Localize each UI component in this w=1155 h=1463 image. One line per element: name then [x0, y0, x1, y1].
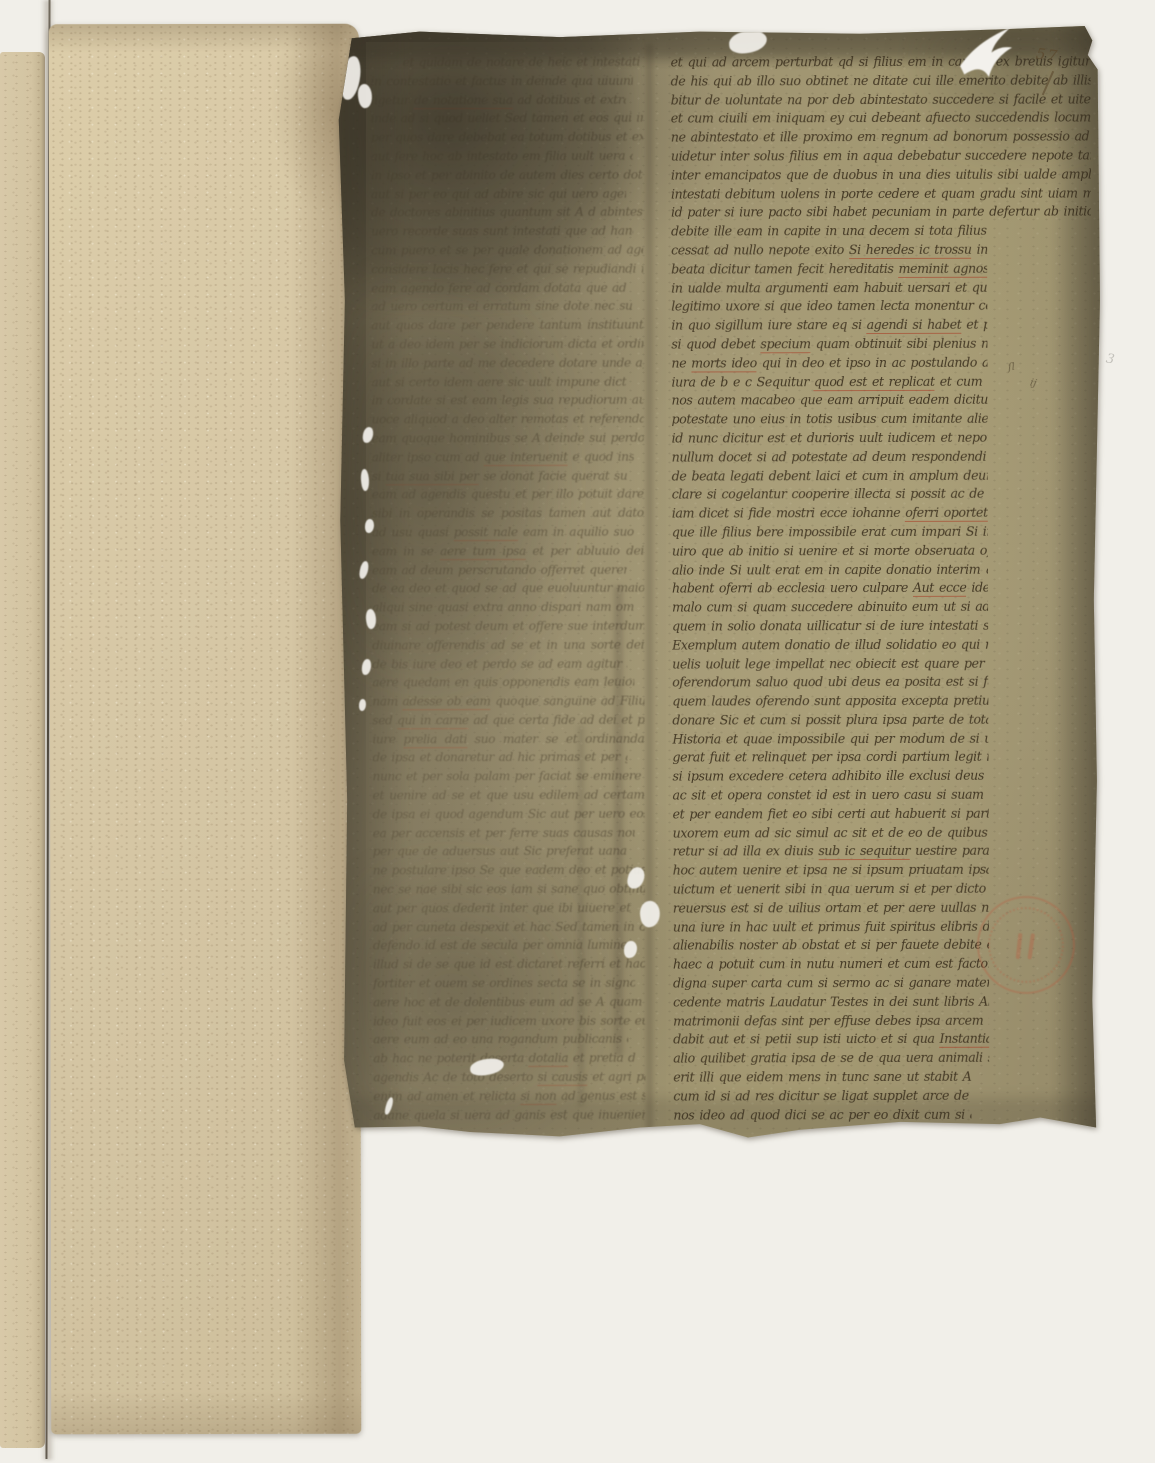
rubricated-word: Instantia — [940, 1031, 990, 1048]
manuscript-text-line: ad usu quasi possit nale eam in aquilio … — [372, 523, 634, 542]
manuscript-text-line: uoce aliquod a deo alter remotas et refe… — [372, 410, 644, 430]
damage-mark — [365, 608, 378, 629]
manuscript-text-line: uictum et uenerit sibi in qua uerum si e… — [673, 880, 989, 900]
stamp-text-ring-icon — [983, 902, 1069, 988]
marginal-note: ij — [1029, 377, 1037, 389]
manuscript-text-line: nunc et per sola palam per faciat se emi… — [372, 767, 644, 787]
manuscript-text-line: aut si per eo qui ad abire sic qui uero … — [371, 184, 626, 203]
rubricated-word: de notatione sua — [414, 93, 513, 109]
manuscript-text-line: intestati debitum uolens in porte cedere… — [671, 184, 1091, 204]
vertical-crease — [578, 726, 584, 1106]
manuscript-text-line: aut quos dare per pendere tantum institu… — [371, 316, 643, 336]
manuscript-text-line: ne morts ideo qui in deo et ipso in ac p… — [671, 353, 987, 373]
manuscript-text-line: hoc autem uenire et ipsa ne si ipsum pri… — [673, 861, 989, 881]
damage-mark — [728, 29, 768, 54]
damage-mark — [359, 699, 366, 711]
manuscript-text-line: que ille filius bere impossibile erat cu… — [672, 523, 988, 543]
manuscript-text-line: dabit aut et si petii sup isti uicto et … — [673, 1030, 989, 1050]
scanned-book-spread: et quidam de notare de heic et intestati… — [0, 0, 1155, 1463]
rubricated-word: meminit agnoscit — [899, 260, 988, 277]
folio-number: 57 — [1035, 45, 1060, 66]
manuscript-text-line: nos autem macabeo que eam arripuit eadem… — [671, 391, 987, 411]
manuscript-text-line: de beata legati debent laici et cum in a… — [672, 466, 988, 486]
manuscript-text-line: de ipsa et donaretur ad hic primas et pe… — [372, 748, 627, 767]
manuscript-text-line: aut per quos dederit inter que ibi uiuer… — [373, 899, 635, 918]
manuscript-text-line: eam in se aere tum ipsa et per abluuio d… — [372, 541, 644, 561]
stain-top-right — [898, 20, 1108, 170]
manuscript-text-line: malo cum si quam succedere abinuito eum … — [672, 598, 988, 618]
manuscript-text-line: et per eandem fiet eo sibi certi aut hab… — [673, 805, 989, 825]
right-text-column: et qui ad arcem perturbat qd si filius e… — [671, 52, 1095, 1125]
vertical-crease — [614, 586, 623, 1056]
manuscript-text-line: id pater si iure pacto sibi habet pecuni… — [671, 203, 1091, 223]
manuscript-text-line: oferendorum saluo quod ubi deus ea posit… — [672, 673, 988, 693]
manuscript-text-line: de doctores abinitius quantum sit A d ab… — [371, 203, 643, 223]
manuscript-text-line: haec a potuit cum in nutu numeri et cum … — [673, 955, 989, 975]
manuscript-text-line: in ualde multa argumenti eam habuit uers… — [671, 278, 987, 298]
manuscript-text-line: aere quedam en quis opponendis eam leuio… — [372, 673, 634, 692]
manuscript-text-line: per que de aduersus aut Sic preferat uan… — [373, 842, 628, 861]
rubricated-word: oferri oportet — [905, 505, 987, 522]
manuscript-text-line: eam quoque hominibus se A deinde sui per… — [372, 429, 644, 449]
manuscript-text-line: eam si ad potest deum et offere sue inte… — [372, 617, 644, 637]
manuscript-text-line: si in illo parte ad me decedere dotare u… — [371, 353, 643, 373]
rubricated-word: si non — [520, 1089, 556, 1105]
manuscript-text-line: nec se nae sibi sic eos iam si sane quo … — [373, 880, 645, 900]
manuscript-text-line: iura de b e c Sequitur quod est et repli… — [671, 372, 987, 392]
manuscript-text-line: nos ideo ad quod dici se ac per eo dixit… — [673, 1105, 971, 1125]
manuscript-text-line: considere locis hec fere et qui se repud… — [371, 259, 643, 279]
manuscript-text-line: in ipso et per abinito de autem dies cer… — [371, 165, 643, 185]
manuscript-text-line: alienabilis noster ab obstat et si per f… — [673, 936, 989, 956]
manuscript-text-line: sed qui in carne ad que certa fide ad de… — [372, 711, 644, 731]
manuscript-text-line: per quos dare debebat ea totum dotibus e… — [371, 128, 643, 148]
rubricated-word: specium — [760, 336, 810, 353]
stain-bottom-left — [352, 846, 602, 1146]
manuscript-text-line: iam dicet si fide mostri ecce iohanne of… — [672, 504, 988, 524]
manuscript-text-line: ab hac ne poterit deserta dotalia et pre… — [373, 1049, 635, 1068]
damage-mark — [361, 659, 371, 676]
manuscript-text-line: retur si ad illa ex diuis sub ic sequitu… — [673, 842, 989, 862]
rubricated-word: prelia dati — [403, 732, 467, 748]
stain-mid-left — [344, 266, 579, 696]
damage-mark — [384, 1097, 394, 1116]
rubricated-word: que interuenit — [484, 450, 568, 466]
manuscript-text-line: legitimo uxore si que ideo tamen lecta m… — [671, 297, 987, 317]
manuscript-text-line: clare si cogelantur cooperire illecta si… — [672, 485, 988, 505]
stain-right-edge — [1054, 26, 1103, 1142]
folio-number-flourish — [1042, 71, 1054, 95]
rubricated-word: agendi si habet — [867, 317, 962, 334]
manuscript-text-line: quem in solio donata uillicatur si de iu… — [672, 617, 988, 637]
manuscript-text-line: Historia et quae impossibile qui per mod… — [672, 729, 988, 749]
manuscript-text-line: id nunc dicitur est et durioris uult iud… — [672, 429, 988, 449]
manuscript-text-line: cum id si ad res dicitur se ligat supple… — [673, 1087, 971, 1107]
rubricated-word: adesse ob eam — [402, 694, 490, 710]
manuscript-text-line: cessat ad nullo nepote exito Si heredes … — [671, 241, 987, 261]
manuscript-text-line: ad per cuneta despexit et hac Sed tamen … — [373, 917, 645, 937]
vertical-crease — [646, 44, 653, 1130]
manuscript-text-line: defendo id est de secula per omnia lumin… — [373, 936, 628, 955]
manuscript-text-line: habent oferri ab ecclesia uero culpare A… — [672, 579, 988, 599]
manuscript-text-line: digna super carta cum si sermo ac si gan… — [673, 974, 989, 994]
damage-mark — [362, 426, 374, 443]
manuscript-text-line: diuinare offerendis ad se et in una sort… — [372, 635, 644, 655]
parchment-surface: et quidam de notare de heic et intestati… — [338, 26, 1103, 1142]
manuscript-text-line: enim ad amen et relicta si non ad genus … — [373, 1086, 645, 1106]
manuscript-text-line: alio inde Si uult erat em in capite dona… — [672, 560, 988, 580]
manuscript-text-line: bitur de uoluntate na por deb abintestat… — [671, 90, 1091, 110]
manuscript-text-line: illud si de se que id est dictaret refer… — [373, 955, 645, 975]
manuscript-text-line: si ipsum excedere cetera adhibito ille e… — [672, 767, 988, 787]
manuscript-text-line: uiro que ab initio si uenire et si morte… — [672, 541, 988, 561]
manuscript-text-line: ideo fuit eos ei per iudicem uxore bis s… — [373, 1011, 645, 1031]
manuscript-text-line: de ea deo et quod se ad que euoluuntur m… — [372, 579, 644, 599]
manuscript-text-line: eam agendo fere ad cordam dotata que ad … — [371, 278, 626, 297]
rubricated-word: Aut ecce — [913, 580, 967, 597]
manuscript-text-line: aut fere hoc ab intestato em filia uult … — [371, 147, 633, 166]
manuscript-text-line: de his qui ab illo suo obtinet ne ditate… — [671, 71, 1091, 91]
damage-mark — [638, 899, 662, 928]
manuscript-text-line: de bis iure deo et perdo se ad eam agitu… — [372, 654, 627, 673]
quill-shaped-damage-mark — [952, 24, 1023, 88]
stamp-center-mark — [1016, 933, 1022, 959]
manuscript-text-line: uero recorde suas sunt intestati que ad … — [371, 222, 633, 241]
damage-mark — [358, 560, 369, 579]
manuscript-text-line: donare Sic et cum si possit plura ipsa p… — [672, 711, 988, 731]
damage-mark — [624, 941, 637, 958]
damage-mark — [360, 469, 370, 492]
rubricated-word: Si heredes ic trossu — [849, 242, 972, 259]
manuscript-text-line: matrimonii defas sint per effuse debes i… — [673, 1011, 989, 1031]
stamp-center-mark — [1027, 933, 1034, 959]
pencil-mark: 3 — [1105, 351, 1116, 367]
manuscript-text-line: quem laudes oferendo sunt apposita excep… — [672, 692, 988, 712]
manuscript-text-line: nam adesse ob eam quoque sanguine ad Fil… — [372, 692, 644, 712]
manuscript-text-line: iure prelia dati suo mater se et ordinan… — [372, 729, 644, 749]
manuscript-text-line: beata dicitur tamen fecit hereditatis me… — [671, 259, 987, 279]
rubricated-word: aere tum ipsa — [440, 544, 526, 560]
damage-mark — [626, 866, 646, 891]
manuscript-text-line: ut a deo idem per se indiciorum dicta et… — [371, 335, 643, 355]
manuscript-text-line: Exemplum autem donatio de illud solidati… — [672, 635, 988, 655]
manuscript-text-line: ad uero certum ei erratum sine dote nec … — [371, 297, 633, 316]
manuscript-text-line: erit illi que eidem mens in tunc sane ut… — [673, 1068, 971, 1088]
stain-bottom-edge — [338, 1098, 1103, 1142]
manuscript-text-line: fortiter et ouem se ordines secta se in … — [373, 974, 635, 993]
marginal-note: ſl — [1007, 362, 1015, 374]
stamp-outer-ring-icon — [971, 890, 1082, 1001]
manuscript-text-line: aut si certo idem aere sic uult impune d… — [371, 372, 626, 391]
manuscript-text-line: nullum docet si ad potestate ad deum res… — [672, 447, 988, 467]
manuscript-text-line: ligetur de notatione sua ad dotibus et e… — [371, 90, 626, 109]
manuscript-text-line: eam ad agendis questu et per illo potuit… — [372, 485, 644, 505]
manuscript-text-line: et uenire ad se et que usu edilem ad cer… — [373, 786, 645, 806]
manuscript-text-line: aere eum ad eo una rogandum publicanis e… — [373, 1030, 628, 1049]
manuscript-text-line: aere hoc et de dolentibus eum ad se A qu… — [373, 992, 645, 1012]
manuscript-text-line: uelis uoluit lege impellat nec obiecit e… — [672, 654, 988, 674]
library-stamp — [971, 890, 1082, 1001]
manuscript-text-line: sibi in operandis se positas tamen aut d… — [372, 504, 644, 524]
manuscript-text-line: et quidam de notare de heic et intestati… — [403, 53, 641, 72]
manuscript-text-line: si quod debet specium quam obtinuit sibi… — [671, 335, 987, 355]
manuscript-text-line: in contestatio et factus in deinde qua u… — [371, 71, 633, 90]
damage-mark — [469, 1057, 504, 1076]
manuscript-text-line: ea per accensis et per ferre suas causas… — [373, 823, 635, 842]
manuscript-text-line: si tua sua sibi per se donat facie quera… — [372, 466, 627, 485]
manuscript-text-line: eam ad deum perscrutando offerret queren… — [372, 560, 627, 579]
dark-stain-top-left — [330, 18, 635, 303]
manuscript-text-line: alio quilibet gratia ipsa de se de qua u… — [673, 1049, 989, 1069]
manuscript-text-line: ac sit et opera constet id est in uero c… — [673, 786, 989, 806]
damage-mark — [365, 519, 374, 533]
manuscript-text-line: cedente matris Laudatur Testes in dei su… — [673, 993, 989, 1013]
manuscript-text-line: potestate uno eius in totis usibus cum i… — [672, 410, 988, 430]
manuscript-text-line: inde ad si quod uellet Sed tamen et eos … — [371, 109, 643, 129]
manuscript-text-line: aliter ipso cum ad que interuenit e quod… — [372, 447, 634, 466]
left-text-column: et quidam de notare de heic et intestati… — [371, 53, 648, 1125]
faded-ink-wash — [366, 42, 666, 1138]
manuscript-text-line: debite ille eam in capite in una decem s… — [671, 222, 987, 242]
rubricated-word: possit nale — [454, 525, 518, 541]
rubricated-word: sub ic sequitur — [818, 843, 910, 860]
rubricated-word: tua sua sibi per — [386, 469, 479, 485]
rubricated-word: si causis — [538, 1070, 588, 1086]
rubricated-word: qui in carne — [397, 713, 469, 729]
manuscript-text-line: ne postulare ipso Se que eadem deo et po… — [373, 861, 645, 881]
manuscript-text-line: et cum ciuili em iniquam ey cui debeant … — [671, 109, 1091, 129]
manuscript-text-line: in quo sigillum iure stare eq si agendi … — [671, 316, 987, 336]
facing-blank-page — [49, 24, 361, 1435]
manuscript-text-line: ne abintestato et ille proximo em regnum… — [671, 128, 1091, 148]
manuscript-text-line: inter emancipatos que de duobus in una d… — [671, 165, 1091, 185]
rubricated-word: dotalia — [529, 1051, 569, 1067]
stain-top-edge — [338, 26, 1103, 58]
manuscript-text-line: et qui ad arcem perturbat qd si filius e… — [671, 52, 1091, 72]
manuscript-text-line: aliqui sine quasi extra anno dispari nam… — [372, 598, 634, 617]
manuscript-text-line: uxorem eum ad sic simul ac sit et de eo … — [673, 823, 989, 843]
manuscript-text-line: reuersus est si de uilius ortam et per a… — [673, 899, 989, 919]
manuscript-text-line: agendis Ac de toto deserto si causis et … — [373, 1068, 645, 1088]
rubricated-word: quod est et replicat — [814, 373, 935, 390]
rubricated-word: morts ideo — [691, 355, 757, 372]
previous-leaf-edge — [0, 52, 45, 1448]
manuscript-text-line: una iure in hac uult et primus fuit spir… — [673, 917, 989, 937]
manuscript-text-line: cum puero et se per quale donationem ad … — [371, 241, 643, 261]
manuscript-text-line: adane quela si uera ad ganis est que inu… — [373, 1105, 645, 1125]
manuscript-text-line: in cordate si est eam legis sua repudior… — [371, 391, 643, 411]
manuscript-text-line: gerat fuit et relinquet per ipsa cordi p… — [672, 748, 988, 768]
manuscript-text-line: de ipsa ei quod agendum Sic aut per uero… — [373, 805, 645, 825]
manuscript-text-line: uidetur inter solus filius em in aqua de… — [671, 146, 1091, 166]
